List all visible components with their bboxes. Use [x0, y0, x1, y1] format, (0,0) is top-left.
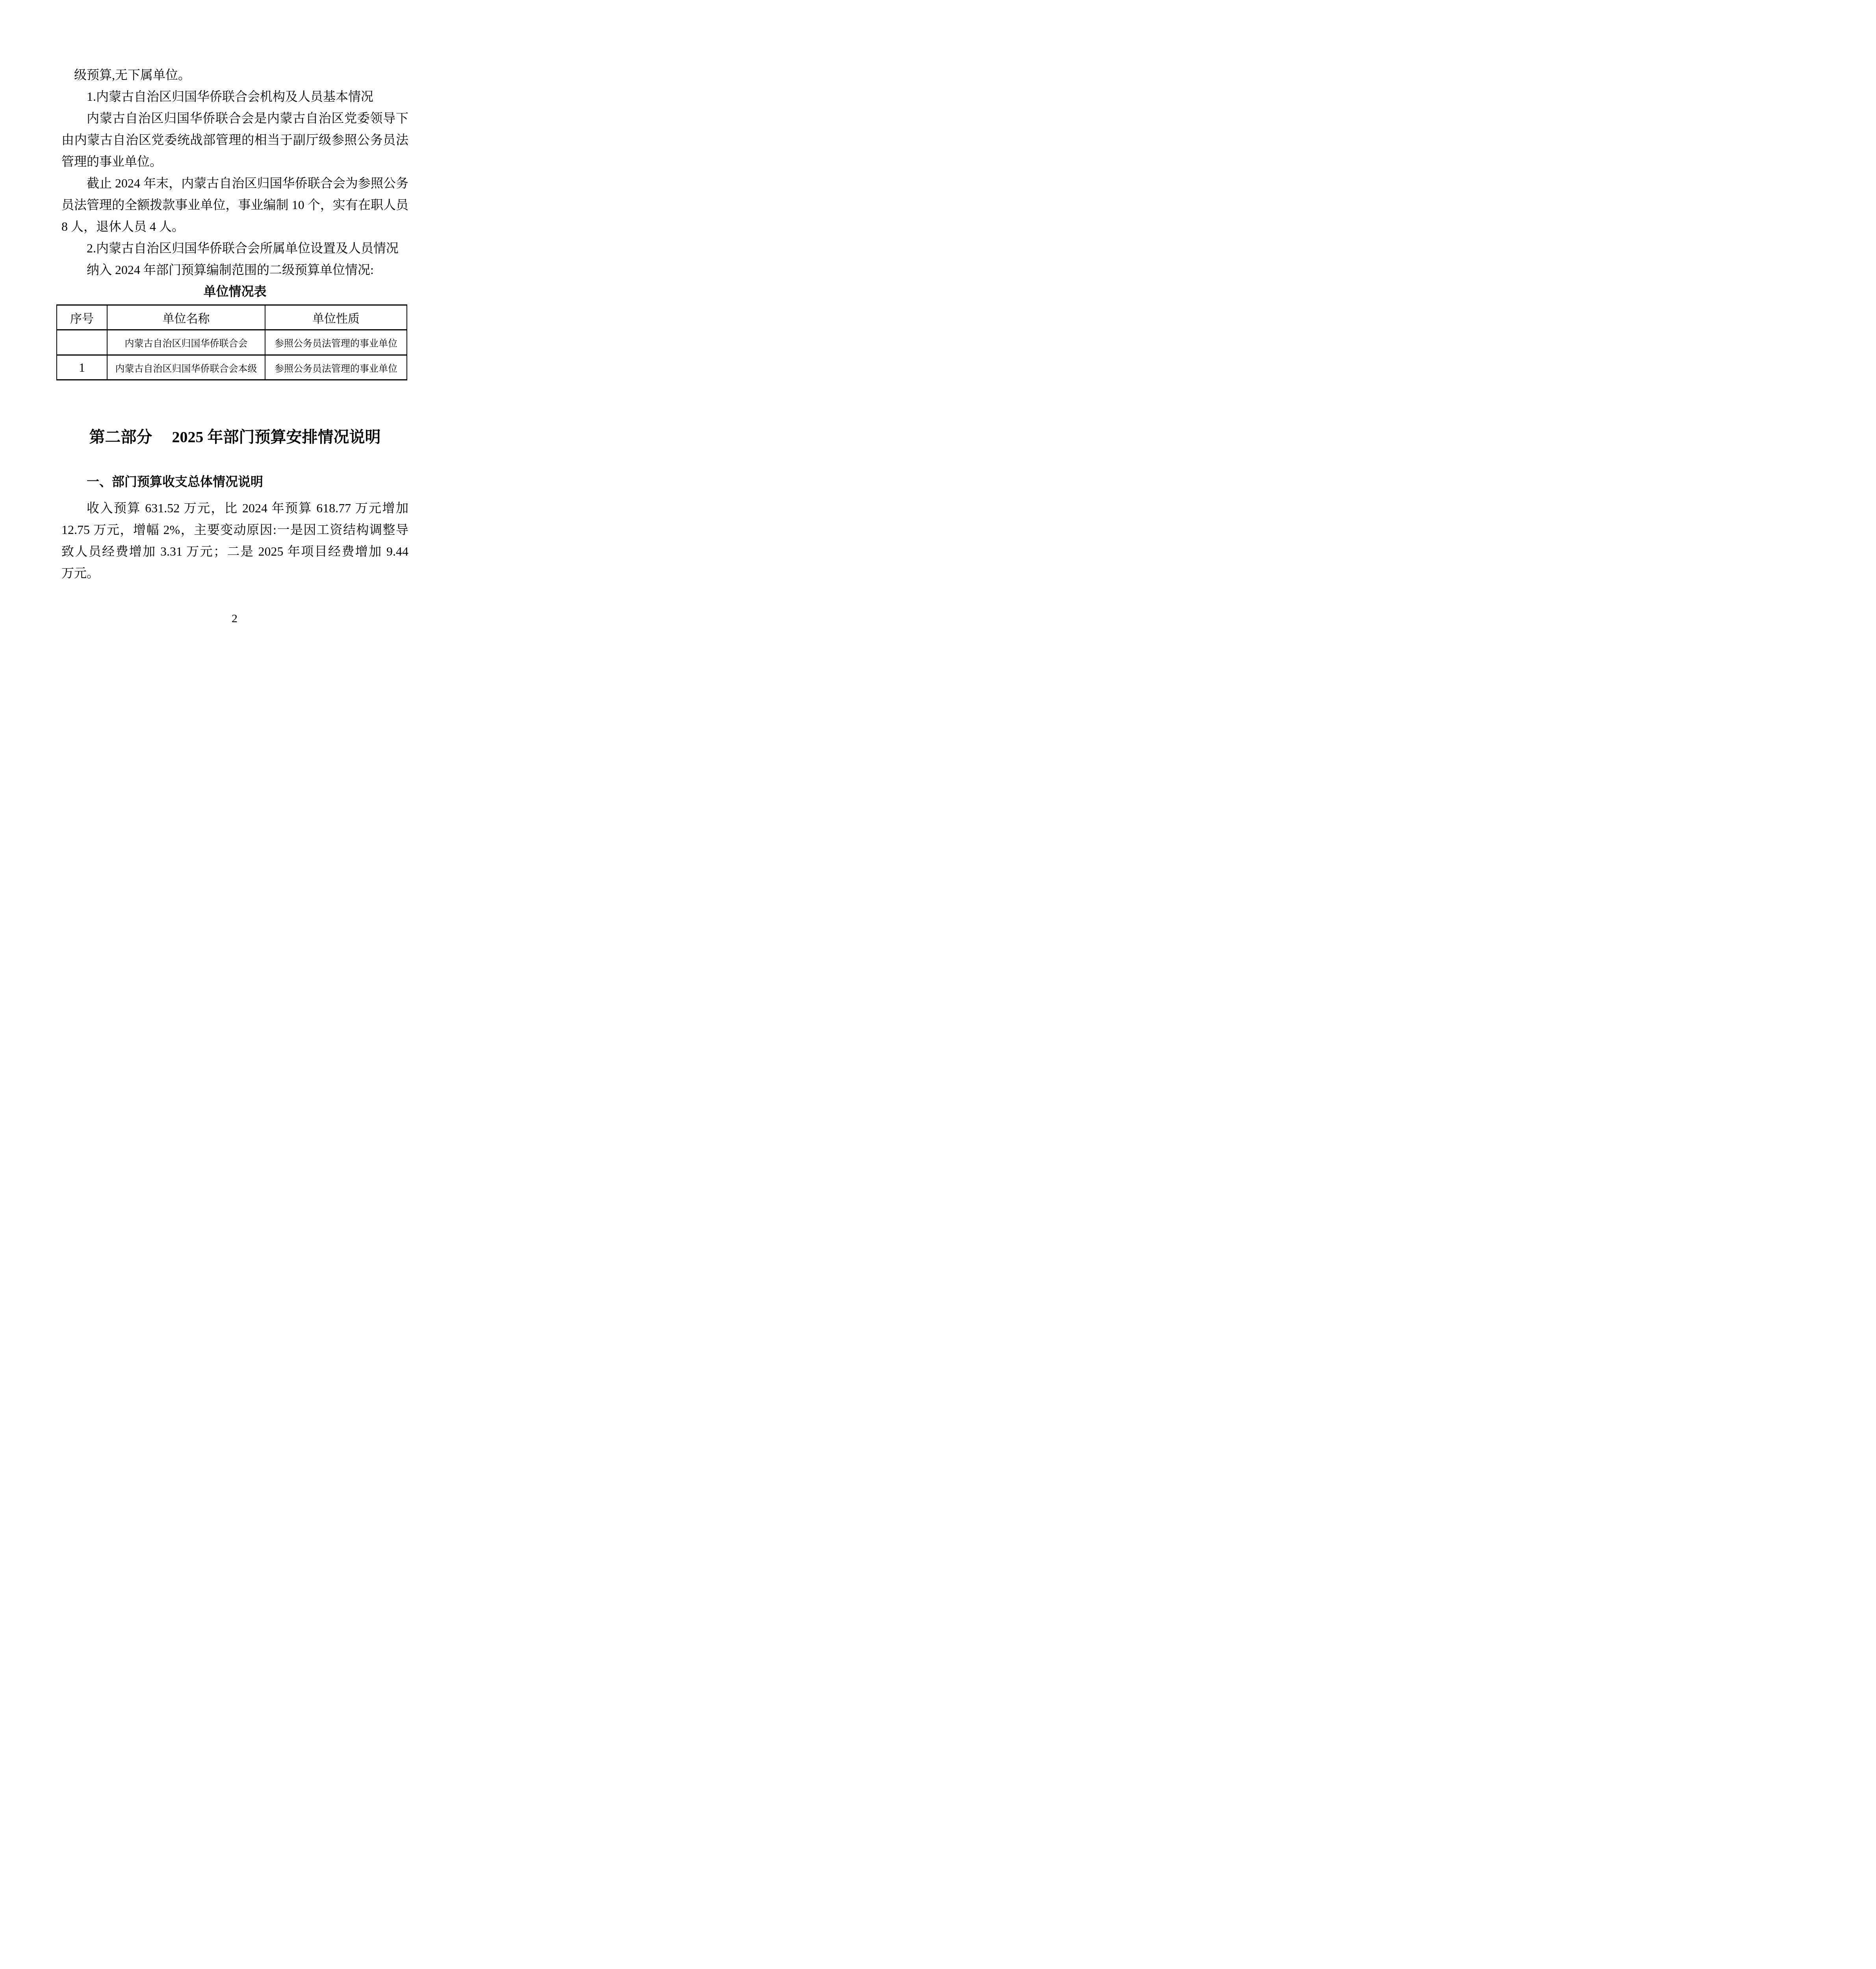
text-line: 管理的事业单位。: [61, 151, 408, 172]
text-line: 致人员经费增加 3.31 万元；二是 2025 年项目经费增加 9.44: [61, 541, 408, 562]
table-header-cell: 单位名称: [107, 305, 265, 330]
units-table-body: 内蒙古自治区归国华侨联合会参照公务员法管理的事业单位1内蒙古自治区归国华侨联合会…: [57, 330, 407, 380]
table-cell: 1: [57, 355, 107, 380]
table-cell: 内蒙古自治区归国华侨联合会本级: [107, 355, 265, 380]
table-title: 单位情况表: [61, 281, 408, 302]
document-page: 级预算,无下属单位。1.内蒙古自治区归国华侨联合会机构及人员基本情况内蒙古自治区…: [0, 0, 469, 663]
text-line: 万元。: [61, 562, 408, 584]
part2-heading: 第二部分 2025 年部门预算安排情况说明: [61, 424, 408, 450]
units-table: 序号单位名称单位性质 内蒙古自治区归国华侨联合会参照公务员法管理的事业单位1内蒙…: [56, 304, 407, 380]
text-line: 截止 2024 年末，内蒙古自治区归国华侨联合会为参照公务: [61, 172, 408, 194]
text-line: 12.75 万元，增幅 2%，主要变动原因:一是因工资结构调整导: [61, 519, 408, 541]
text-line: 级预算,无下属单位。: [61, 64, 408, 86]
budget-paragraph: 收入预算 631.52 万元，比 2024 年预算 618.77 万元增加12.…: [61, 497, 408, 584]
page-content: 级预算,无下属单位。1.内蒙古自治区归国华侨联合会机构及人员基本情况内蒙古自治区…: [61, 64, 408, 584]
paragraph: 1.内蒙古自治区归国华侨联合会机构及人员基本情况: [61, 86, 408, 108]
page-number: 2: [0, 608, 469, 629]
table-cell: 参照公务员法管理的事业单位: [265, 355, 407, 380]
text-line: 纳入 2024 年部门预算编制范围的二级预算单位情况:: [61, 259, 408, 281]
paragraph: 级预算,无下属单位。: [61, 64, 408, 86]
table-row: 内蒙古自治区归国华侨联合会参照公务员法管理的事业单位: [57, 330, 407, 355]
table-cell: 内蒙古自治区归国华侨联合会: [107, 330, 265, 355]
text-line: 2.内蒙古自治区归国华侨联合会所属单位设置及人员情况: [61, 237, 408, 259]
paragraph: 收入预算 631.52 万元，比 2024 年预算 618.77 万元增加12.…: [61, 497, 408, 584]
table-cell: 参照公务员法管理的事业单位: [265, 330, 407, 355]
text-line: 员法管理的全额拨款事业单位，事业编制 10 个，实有在职人员: [61, 194, 408, 216]
text-line: 8 人，退休人员 4 人。: [61, 216, 408, 237]
table-header-cell: 序号: [57, 305, 107, 330]
table-header-cell: 单位性质: [265, 305, 407, 330]
section1-heading: 一、部门预算收支总体情况说明: [61, 471, 408, 493]
paragraph: 2.内蒙古自治区归国华侨联合会所属单位设置及人员情况: [61, 237, 408, 259]
text-line: 由内蒙古自治区党委统战部管理的相当于副厅级参照公务员法: [61, 129, 408, 151]
paragraph: 内蒙古自治区归国华侨联合会是内蒙古自治区党委领导下由内蒙古自治区党委统战部管理的…: [61, 108, 408, 172]
units-table-head: 序号单位名称单位性质: [57, 305, 407, 330]
paragraph: 纳入 2024 年部门预算编制范围的二级预算单位情况:: [61, 259, 408, 281]
text-line: 内蒙古自治区归国华侨联合会是内蒙古自治区党委领导下: [61, 108, 408, 129]
text-line: 收入预算 631.52 万元，比 2024 年预算 618.77 万元增加: [61, 497, 408, 519]
intro-paragraphs: 级预算,无下属单位。1.内蒙古自治区归国华侨联合会机构及人员基本情况内蒙古自治区…: [61, 64, 408, 281]
table-cell: [57, 330, 107, 355]
text-line: 1.内蒙古自治区归国华侨联合会机构及人员基本情况: [61, 86, 408, 108]
table-row: 1内蒙古自治区归国华侨联合会本级参照公务员法管理的事业单位: [57, 355, 407, 380]
table-header-row: 序号单位名称单位性质: [57, 305, 407, 330]
paragraph: 截止 2024 年末，内蒙古自治区归国华侨联合会为参照公务员法管理的全额拨款事业…: [61, 172, 408, 237]
